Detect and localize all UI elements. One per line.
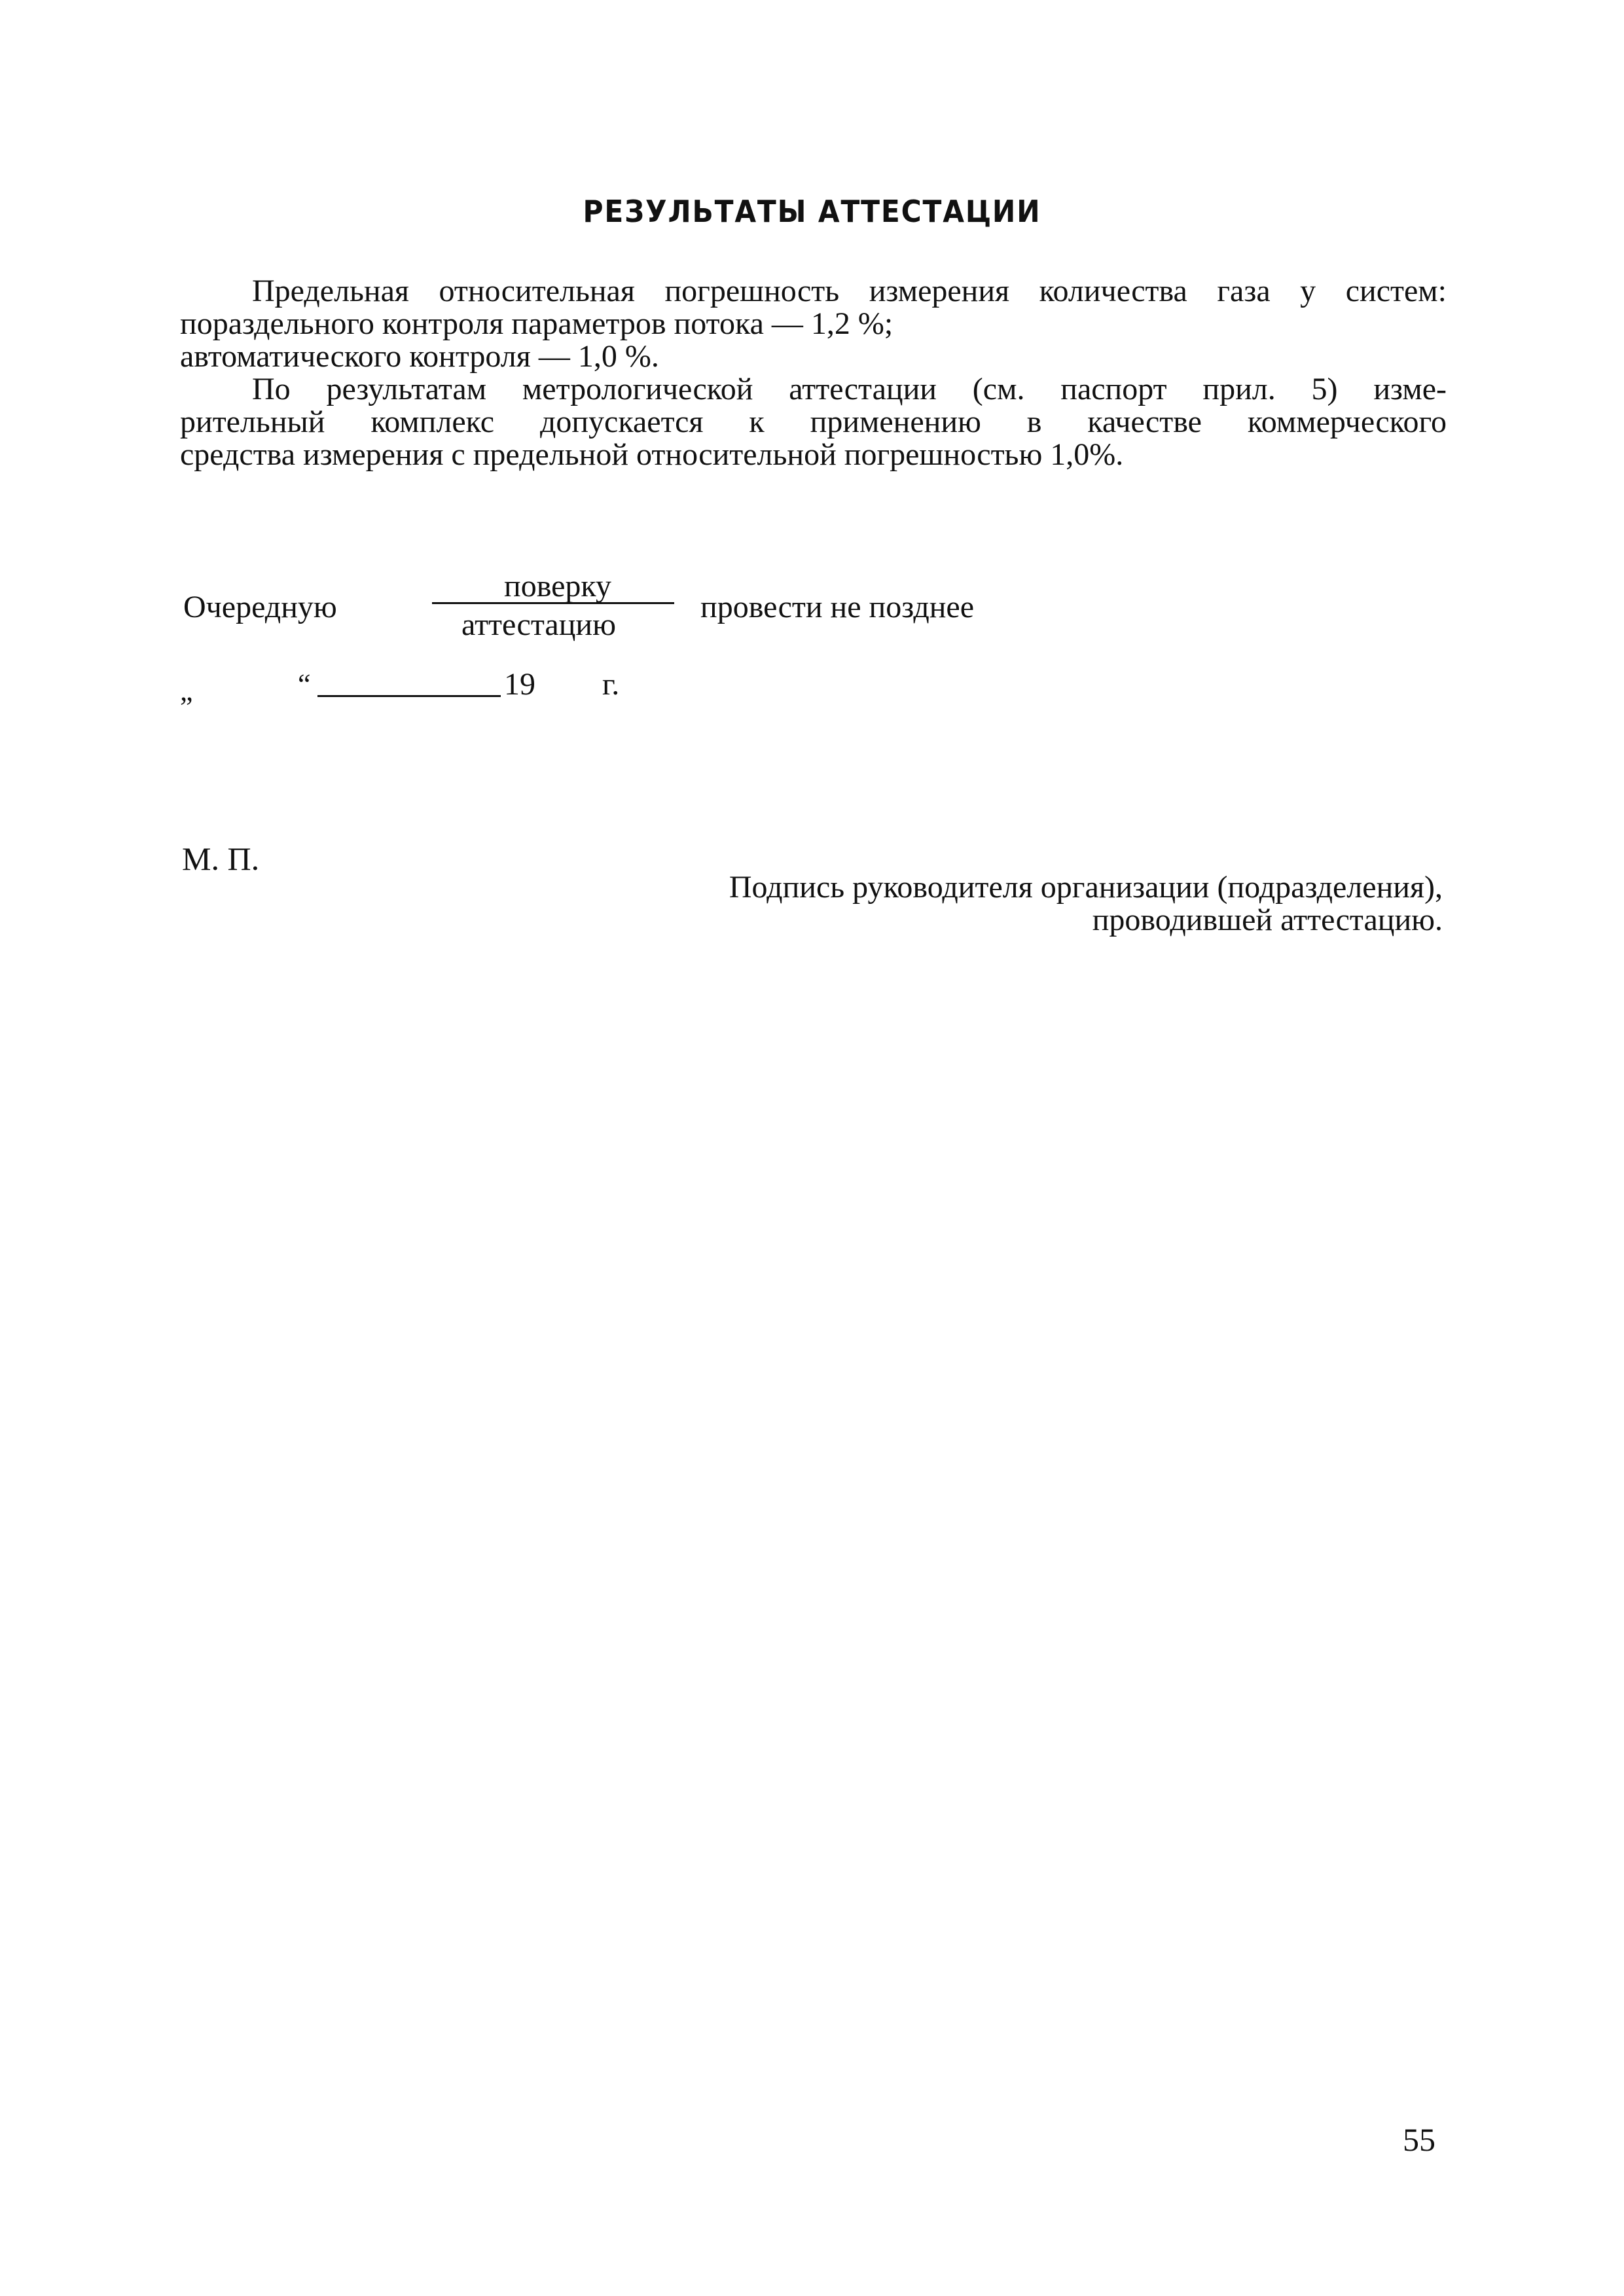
paragraph-line: средства измерения с предельной относите… [180,439,1447,471]
date-open-quote: „ [180,674,193,708]
fraction-option-attestation: аттестацию [461,607,616,643]
paragraph-line: пораздельного контроля параметров потока… [180,308,1447,340]
paragraph-line: рительный комплекс допускается к примене… [180,406,1447,439]
page-number: 55 [1403,2121,1435,2159]
next-check-label: Очередную [183,589,337,625]
paragraph-line: Предельная относительная погрешность изм… [180,275,1447,308]
paragraph-attestation-result: По результатам метрологической аттестаци… [180,373,1447,471]
stamp-place-label: М. П. [182,840,259,878]
paragraph-error-limits: Предельная относительная погрешность изм… [180,275,1447,373]
signature-caption-line2: проводившей аттестацию. [1092,902,1443,938]
signature-caption-line1: Подпись руководителя организации (подраз… [729,869,1443,905]
date-close-quote: “ [298,668,311,701]
fraction-option-verification: поверку [504,568,611,604]
fraction-divider [432,602,674,604]
paragraph-line: автоматического контроля — 1,0 %. [180,340,1447,373]
deadline-label: провести не позднее [700,589,974,625]
section-title: РЕЗУЛЬТАТЫ АТТЕСТАЦИИ [65,194,1559,229]
paragraph-line: По результатам метрологической аттестаци… [180,373,1447,406]
date-year-prefix: 19 [504,666,535,702]
date-year-suffix: г. [602,666,619,702]
date-month-blank-field[interactable] [317,695,501,697]
